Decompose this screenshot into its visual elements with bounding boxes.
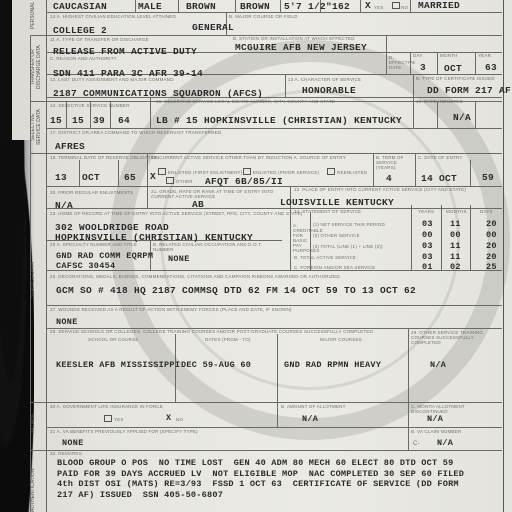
- married-no-checkbox[interactable]: [392, 2, 400, 9]
- insurance-no-label: NO: [176, 417, 183, 422]
- statement-days: 20: [486, 252, 497, 262]
- statement-days: 20: [486, 219, 497, 229]
- section-label-auth: AUTHENTICATION: [30, 470, 46, 512]
- years-header: YEARS: [418, 209, 434, 214]
- marital-status-value: MARRIED: [418, 0, 460, 11]
- civilian-occupation-label: b. RELATED CIVILIAN OCCUPATION AND D.O.T…: [153, 242, 283, 252]
- statement-months: 11: [450, 219, 461, 229]
- married-no-label: NO: [401, 5, 408, 10]
- effective-day-value: 3: [420, 62, 426, 73]
- reenlisted-label: REENLISTED: [337, 170, 367, 175]
- date-inducted-label: 16. DATE INDUCTED: [416, 99, 463, 104]
- remarks-text: BLOOD GROUP O POS NO TIME LOST GEN 40 AD…: [57, 458, 464, 500]
- civilian-occupation-value: NONE: [168, 254, 190, 264]
- remarks-line: 217 AF) ISSUED SSN 405-50-6807: [57, 490, 464, 501]
- remarks-line: 4th DIST OSI (MATS) RE=3/93 FSSD 1 OCT 6…: [57, 479, 464, 490]
- school-column-header: SCHOOL OR COURSE: [88, 337, 139, 342]
- school-dates-value: DEC 59-AUG 60: [181, 360, 251, 370]
- grade-value: AB: [192, 199, 204, 210]
- statement-years: 00: [422, 230, 433, 240]
- months-header: MONTHS: [446, 209, 467, 214]
- other-checkbox[interactable]: [166, 177, 174, 184]
- enlisted-first-checkbox[interactable]: [158, 168, 166, 175]
- statement-months: 00: [450, 230, 461, 240]
- eye-color-value: BROWN: [240, 1, 270, 12]
- character-value: HONORABLE: [302, 85, 356, 96]
- effective-date-label: d. EFFECTIVE DATE: [389, 55, 409, 70]
- last-duty-value: 2187 COMMUNICATIONS SQUADRON (AFCS): [53, 88, 263, 99]
- date-inducted-value: N/A: [453, 112, 471, 123]
- decorations-label: 26. DECORATIONS, MEDALS, BADGES, COMMEND…: [50, 274, 340, 279]
- terminal-year-value: 65: [124, 172, 136, 183]
- reenlisted-checkbox[interactable]: [327, 168, 335, 175]
- school-value: KEESLER AFB MISSISSIPPI: [56, 360, 180, 370]
- station-value: MCGUIRE AFB NEW JERSEY: [235, 42, 367, 53]
- terminal-day-value: 13: [55, 172, 67, 183]
- wounds-label: 27. WOUNDS RECEIVED AS A RESULT OF ACTIO…: [50, 307, 292, 312]
- selective-number-part-4: 64: [118, 115, 130, 126]
- statement-row-label: (2) OTHER SERVICE: [313, 233, 360, 238]
- current-service-label: 19. CURRENT ACTIVE SERVICE OTHER THAN BY…: [151, 155, 346, 160]
- insurance-yes-checkbox[interactable]: [104, 415, 112, 422]
- date-of-entry-label: c. DATE OF ENTRY: [418, 155, 463, 160]
- schools-label: 28. SERVICE SCHOOLS OR COLLEGES, COLLEGE…: [50, 329, 373, 334]
- statement-years: 03: [422, 252, 433, 262]
- terminal-date-label: 18. TERMINAL DATE OF RESERVE OBLIGATION: [50, 155, 159, 160]
- entry-year-value: 59: [482, 172, 494, 183]
- statement-months: 11: [450, 241, 461, 251]
- term-of-service-label: b. TERM OF SERVICE (Years): [376, 155, 414, 170]
- local-board-label: 15. SELECTIVE SERVICE LOCAL BOARD NUMBER…: [156, 99, 335, 104]
- last-duty-label: 12. LAST DUTY ASSIGNMENT AND MAJOR COMMA…: [50, 77, 174, 82]
- major-field-label: b. MAJOR COURSE OR FIELD: [229, 14, 298, 19]
- va-claim-prefix: C-: [413, 441, 420, 447]
- weight-value: 162: [332, 1, 350, 12]
- section-label-service: SERVICE DATA: [30, 255, 46, 305]
- va-benefits-value: NONE: [62, 438, 84, 448]
- selective-number-part-2: 15: [72, 115, 84, 126]
- local-board-value: LB # 15 HOPKINSVILLE (CHRISTIAN) KENTUCK…: [156, 115, 402, 126]
- certificate-label: b. TYPE OF CERTIFICATE ISSUED: [416, 76, 496, 81]
- statement-of-service-label: 24. STATEMENT OF SERVICE: [294, 209, 361, 214]
- effective-month-value: OCT: [444, 63, 462, 74]
- selective-number-part-1: 15: [50, 115, 62, 126]
- certificate-value: DD FORM 217 AF: [427, 85, 511, 96]
- statement-row-label: b. TOTAL ACTIVE SERVICE: [294, 255, 356, 260]
- entry-day-month-value: 14 OCT: [421, 173, 457, 184]
- torn-paper-edge: [0, 140, 34, 512]
- education-value: COLLEGE 2: [53, 25, 107, 36]
- major-column-header: MAJOR COURSES: [320, 337, 362, 342]
- place-of-entry-label: 22. PLACE OF ENTRY INTO CURRENT ACTIVE S…: [294, 187, 466, 192]
- race-value: CAUCASIAN: [53, 1, 107, 12]
- eff-month-label: MONTH: [440, 53, 458, 58]
- specialty-line-2-value: CAFSC 30454: [56, 261, 115, 271]
- married-yes-mark: X: [365, 0, 371, 11]
- enlisted-prior-label: ENLISTED (Prior Service): [253, 170, 319, 175]
- selective-number-label: 14. SELECTIVE SERVICE NUMBER: [50, 103, 130, 108]
- va-claim-label: b. VA CLAIM NUMBER: [411, 429, 461, 434]
- statement-years: 01: [422, 262, 433, 272]
- transfer-type-label: 11 a. TYPE OF TRANSFER OR DISCHARGE: [50, 37, 149, 42]
- character-label: 13 a. CHARACTER OF SERVICE: [288, 77, 361, 82]
- selective-number-part-3: 39: [93, 115, 105, 126]
- hair-color-value: BROWN: [186, 1, 216, 12]
- discharge-document: PERSONAL TRANSFER OR DISCHARGE DATA SELE…: [0, 0, 512, 512]
- remarks-line: PAID FOR 39 DAYS ACCRUED LV NOT ELIGIBLE…: [57, 469, 464, 480]
- statement-months: 11: [450, 252, 461, 262]
- specialty-line-1-value: GND RAD COMM EQRPM: [56, 251, 153, 261]
- prior-enlistments-label: 20. PRIOR REGULAR ENLISTMENTS: [50, 190, 133, 195]
- source-entry-mark: X: [150, 171, 156, 182]
- dates-column-header: DATES (From - To): [205, 337, 251, 342]
- statement-months: 02: [450, 262, 461, 272]
- remarks-label: 32. REMARKS: [50, 451, 82, 456]
- grade-label: 21. GRADE, RATE OR RANK AT TIME OF ENTRY…: [151, 189, 286, 199]
- other-label: OTHER: [176, 179, 193, 184]
- statement-row-label: c. FOREIGN AND/OR SEA SERVICE: [294, 265, 376, 270]
- term-of-service-value: 4: [386, 173, 392, 184]
- allotment-label: b. AMOUNT OF ALLOTMENT: [281, 404, 346, 409]
- other-training-label: 29. OTHER SERVICE TRAINING COURSES SUCCE…: [411, 330, 496, 345]
- allotment-discontinued-label: c. MONTH ALLOTMENT DISCONTINUED: [411, 404, 491, 414]
- allotment-discontinued-value: N/A: [427, 414, 443, 424]
- school-major-value: GND RAD RPMN HEAVY: [284, 360, 381, 370]
- statement-days: 00: [486, 230, 497, 240]
- prior-enlistments-value: N/A: [55, 200, 73, 211]
- eff-day-label: DAY: [413, 53, 423, 58]
- va-benefits-label: 31 a. VA BENEFITS PREVIOUSLY APPLIED FOR…: [50, 429, 198, 434]
- district-value: AFRES: [55, 141, 85, 152]
- section-label-personal: PERSONAL: [30, 0, 46, 30]
- married-yes-label: YES: [374, 5, 384, 10]
- major-field-value: GENERAL: [192, 22, 234, 33]
- wounds-value: NONE: [56, 317, 78, 327]
- statement-years: 03: [422, 219, 433, 229]
- reason-label: c. REASON AND AUTHORITY: [50, 56, 117, 61]
- insurance-no-mark: X: [166, 413, 171, 423]
- creditable-label: a. CREDITABLE FOR BASIC PAY PURPOSES: [293, 223, 311, 253]
- section-label-transfer: TRANSFER OR DISCHARGE DATA: [30, 36, 46, 98]
- section-label-va: VA DATA: [30, 400, 46, 448]
- station-label: b. STATION OR INSTALLATION AT WHICH EFFE…: [233, 36, 355, 41]
- insurance-yes-label: YES: [114, 417, 124, 422]
- district-label: 17. DISTRICT OR AREA COMMAND TO WHICH RE…: [50, 130, 221, 135]
- eff-year-label: YEAR: [478, 53, 491, 58]
- effective-year-value: 63: [485, 62, 497, 73]
- statement-years: 03: [422, 241, 433, 251]
- statement-days: 20: [486, 241, 497, 251]
- allotment-value: N/A: [302, 414, 318, 424]
- afqt-value: AFQT 6B/85/II: [205, 176, 283, 187]
- section-label-selective: SELECTIVE SERVICE DATA: [30, 102, 46, 152]
- place-of-entry-value: LOUISVILLE KENTUCKY: [280, 197, 394, 208]
- education-label: 13 a. HIGHEST CIVILIAN EDUCATION LEVEL A…: [50, 14, 176, 19]
- home-of-record-label: 23. HOME OF RECORD AT TIME OF ENTRY INTO…: [50, 211, 302, 216]
- days-header: DAYS: [480, 209, 493, 214]
- decorations-value: GCM SO # 418 HQ 2187 COMMSQ DTD 62 FM 14…: [56, 285, 416, 296]
- statement-days: 25: [486, 262, 497, 272]
- sex-value: MALE: [138, 1, 162, 12]
- enlisted-prior-checkbox[interactable]: [243, 168, 251, 175]
- statement-row-label: (1) NET SERVICE THIS PERIOD: [313, 222, 385, 227]
- terminal-month-value: OCT: [82, 172, 100, 183]
- statement-row-label: (3) TOTAL (Line (1) + line (2)): [313, 244, 383, 249]
- va-claim-value: N/A: [437, 438, 453, 448]
- insurance-label: 30 a. GOVERNMENT LIFE INSURANCE IN FORCE: [50, 404, 163, 409]
- remarks-line: BLOOD GROUP O POS NO TIME LOST GEN 40 AD…: [57, 458, 464, 469]
- specialty-label: 25 a. SPECIALTY NUMBER AND TITLE: [50, 242, 137, 247]
- other-training-value: N/A: [430, 360, 446, 370]
- enlisted-first-label: ENLISTED (First Enlistment): [168, 170, 242, 175]
- height-value: 5'7 1/2": [284, 1, 332, 12]
